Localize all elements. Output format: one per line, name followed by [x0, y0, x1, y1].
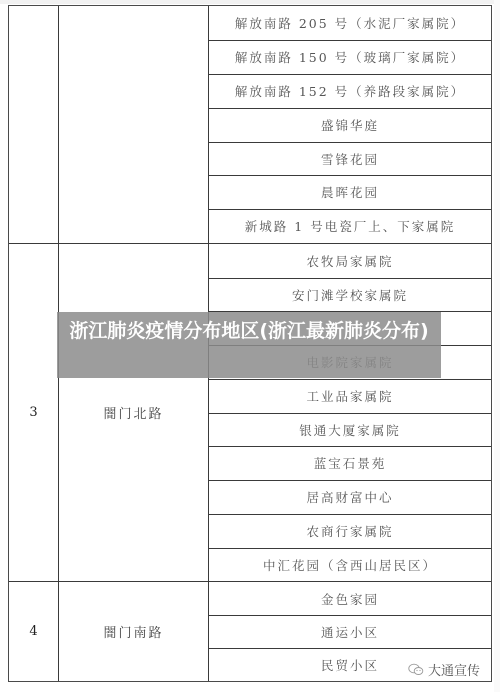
- community-list: 农牧局家属院 安门滩学校家属院 电影院家属院 工业品家属院 银通大厦家属院 蓝宝…: [209, 244, 491, 581]
- group-road: 闇门北路: [59, 244, 209, 581]
- table-group-continued: 解放南路 205 号（水泥厂家属院） 解放南路 150 号（玻璃厂家属院） 解放…: [9, 6, 491, 243]
- table-row: 解放南路 152 号（养路段家属院）: [209, 74, 491, 108]
- table-row: 中汇花园（含西山居民区）: [209, 548, 491, 582]
- table-row: 农商行家属院: [209, 514, 491, 548]
- watermark-label: 大通宣传: [428, 660, 480, 679]
- table-row: 居高财富中心: [209, 480, 491, 514]
- table-row: 安门滩学校家属院: [209, 278, 491, 312]
- table-row: 解放南路 150 号（玻璃厂家属院）: [209, 40, 491, 74]
- title-overlay-banner: 浙江肺炎疫情分布地区(浙江最新肺炎分布): [57, 312, 441, 378]
- table-row: 通运小区: [209, 615, 491, 649]
- page-right-edge: [494, 0, 500, 692]
- group-number: 3: [9, 244, 59, 581]
- table-row: 银通大厦家属院: [209, 413, 491, 447]
- page-top-edge: [0, 0, 500, 4]
- table-row: 农牧局家属院: [209, 244, 491, 278]
- group-number: 4: [9, 582, 59, 681]
- table-row: 金色家园: [209, 582, 491, 616]
- wechat-icon: [408, 663, 424, 676]
- table-row: 蓝宝石景苑: [209, 446, 491, 480]
- group-road: [59, 6, 209, 243]
- group-road: 闇门南路: [59, 582, 209, 681]
- table-row: 解放南路 205 号（水泥厂家属院）: [209, 6, 491, 40]
- table-row: 盛锦华庭: [209, 108, 491, 142]
- table-row: 晨晖花园: [209, 175, 491, 209]
- table-row: 新城路 1 号电瓷厂上、下家属院: [209, 209, 491, 243]
- community-list: 解放南路 205 号（水泥厂家属院） 解放南路 150 号（玻璃厂家属院） 解放…: [209, 6, 491, 243]
- table-row: 雪锋花园: [209, 142, 491, 176]
- table-group-3: 3 闇门北路 农牧局家属院 安门滩学校家属院 电影院家属院 工业品家属院 银通大…: [9, 243, 491, 581]
- group-number: [9, 6, 59, 243]
- overlay-title: 浙江肺炎疫情分布地区(浙江最新肺炎分布): [57, 318, 441, 345]
- source-watermark: 大通宣传: [408, 660, 480, 679]
- table-row: 工业品家属院: [209, 379, 491, 413]
